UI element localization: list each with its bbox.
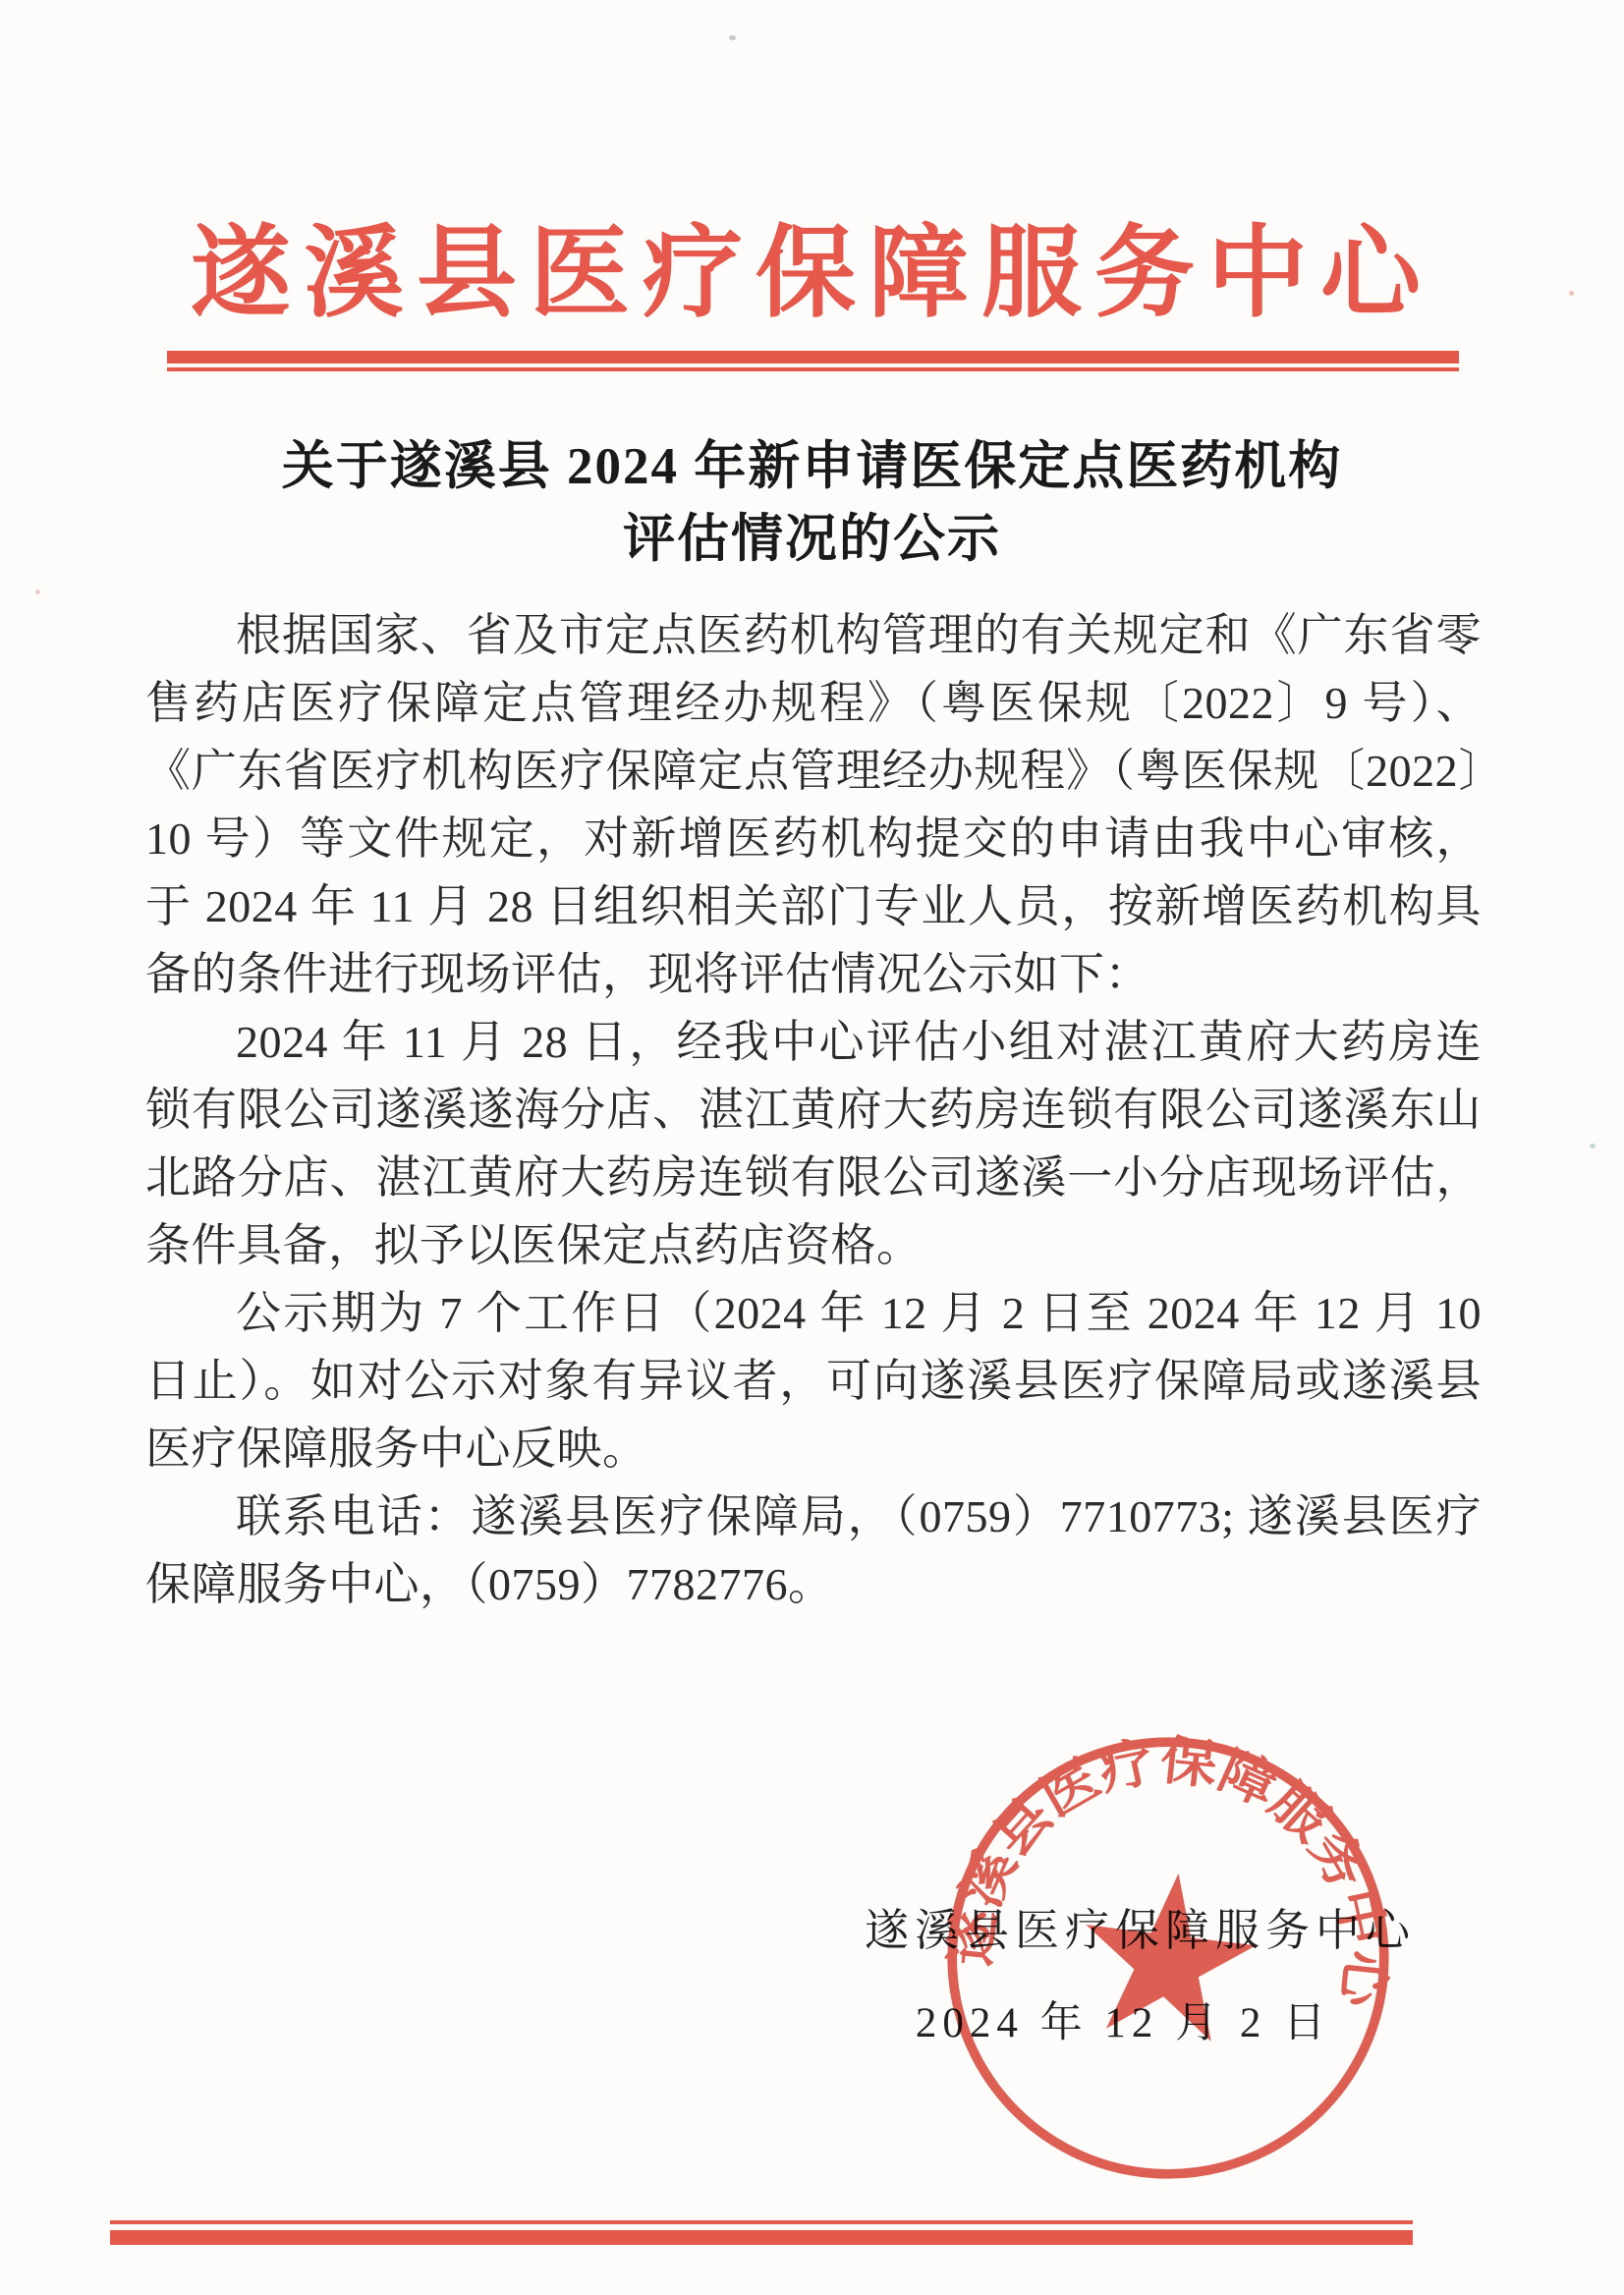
paragraph-regulations: 根据国家、省及市定点医药机构管理的有关规定和《广东省零售药店医疗保障定点管理经办… (145, 601, 1482, 1008)
footer-rule-thick (110, 2230, 1413, 2245)
paragraph-contacts: 联系电话：遂溪县医疗保障局，（0759）7710773; 遂溪县医疗保障服务中心… (145, 1483, 1482, 1618)
signature-block: 遂溪县医疗保障服务中心 2024 年 12 月 2 日 (865, 1894, 1416, 2049)
paragraph-evaluation: 2024 年 11 月 28 日，经我中心评估小组对湛江黄府大药房连锁有限公司遂… (145, 1008, 1482, 1279)
scan-speck (35, 589, 40, 594)
letterhead-rule-thick (167, 351, 1459, 364)
letterhead-org-title: 遂溪县医疗保障服务中心 (0, 201, 1624, 349)
doc-title: 关于遂溪县 2024 年新申请医保定点医药机构 评估情况的公示 (0, 430, 1624, 576)
doc-title-line1: 关于遂溪县 2024 年新申请医保定点医药机构 (282, 438, 1343, 495)
doc-body: 根据国家、省及市定点医药机构管理的有关规定和《广东省零售药店医疗保障定点管理经办… (145, 601, 1482, 1618)
signature-org-name: 遂溪县医疗保障服务中心 (865, 1894, 1416, 1958)
footer-rule-thin (110, 2220, 1413, 2224)
scan-speck (729, 35, 736, 40)
scanned-notice-page: 遂溪县医疗保障服务中心 关于遂溪县 2024 年新申请医保定点医药机构 评估情况… (0, 0, 1624, 2295)
letterhead-rule (167, 351, 1459, 371)
signature-date: 2024 年 12 月 2 日 (865, 1989, 1416, 2049)
doc-title-line2: 评估情况的公示 (623, 511, 1001, 568)
scan-speck (1590, 1144, 1596, 1148)
scan-speck (1569, 291, 1574, 296)
footer-rule (110, 2220, 1413, 2245)
paragraph-notice-period: 公示期为 7 个工作日（2024 年 12 月 2 日至 2024 年 12 月… (145, 1279, 1482, 1483)
letterhead-rule-thin (167, 367, 1459, 371)
